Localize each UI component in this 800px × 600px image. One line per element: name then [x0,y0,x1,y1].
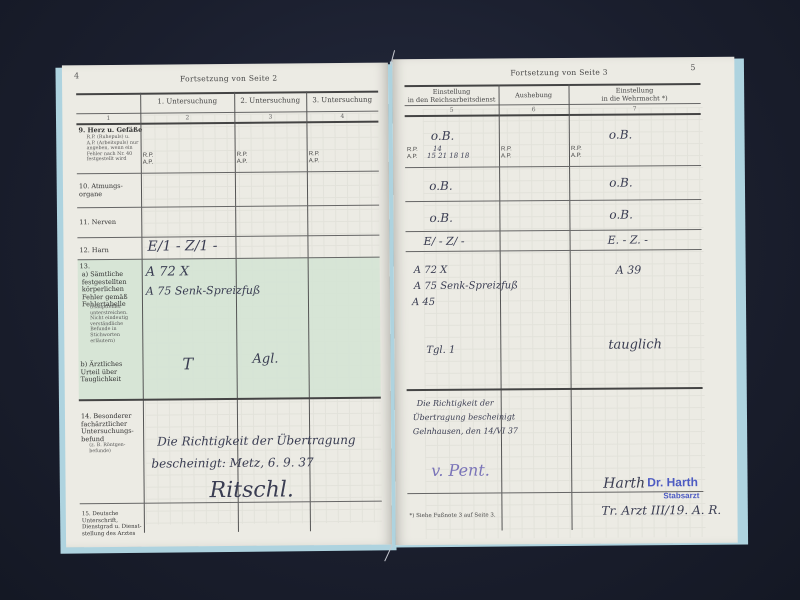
column-number-6: 6 [499,106,569,113]
entry-row13a-col5-line1: A 72 X [414,265,448,276]
handwritten-certification-line1: Die Richtigkeit der Übertragung [157,433,356,449]
column-header-wehrmacht: Einstellung in die Wehrmacht *) [569,86,701,103]
row-label-10: 10. Atmungs-organe [79,183,139,199]
entry-row10-col7: o.B. [609,176,633,190]
stamp-dr-harth: Dr. Harth [647,475,698,489]
row-label-15: 15. Deutsche Unterschrift, Dienstgrad u.… [82,511,144,538]
column-header-2-untersuchung: 2. Untersuchung [234,96,306,105]
column-header-3-untersuchung: 3. Untersuchung [306,96,378,105]
entry-row13a-col5-line3: A 45 [412,297,435,308]
row-13a-label: a) Sämtliche festgestellten körperlichen… [82,271,140,309]
entry-row13a-col7: A 39 [616,263,642,276]
page-number-right: 5 [690,63,695,72]
handwritten-13a-line2: A 75 Senk-Spreizfuß [146,284,261,298]
footnote: *) Siehe Fußnote 3 auf Seite 3. [409,512,495,519]
rp-ap-col6: R.P.A.P. [501,146,512,160]
row-label-14: 14. Besonderer fachärztlicher Untersuchu… [81,413,143,444]
column-header-aushebung: Aushebung [499,91,569,99]
rp-label-col3: R.P.A.P. [237,152,248,166]
entry-row11-col7: o.B. [609,208,633,222]
handwritten-13a-line1: A 72 X [146,264,190,279]
handwritten-13b-col3: Agl. [252,352,278,367]
rp-label-col2: R.P.A.P. [143,153,154,167]
column-number-4: 4 [306,113,378,121]
entry-row10-col5: o.B. [429,179,453,193]
row-label-9: 9. Herz u. Gefäße [78,127,142,135]
signature-ritschl: Ritschl. [210,477,294,503]
signature-col5-purple: v. Pent. [431,461,490,480]
column-number-7: 7 [569,105,701,113]
row-13b-label: b) Ärztliches Urteil über Tauglichkeit [80,361,142,384]
entry-row9-col7: o.B. [609,128,633,142]
page-title-left: Fortsetzung von Seite 2 [180,74,278,84]
row-label-12: 12. Harn [79,247,108,255]
rp-label-col4: R.P.A.P. [309,151,320,165]
entry-row13b-col5: Tgl. 1 [426,345,455,356]
entry-row14-col5-line2: Übertragung bescheinigt [413,412,515,422]
handwritten-certification-line2: bescheinigt: Metz, 6. 9. 37 [151,455,313,470]
column-header-reichsarbeitsdienst: Einstellung in den Reichsarbeitsdienst [405,87,499,104]
row-13a-note: (Hauptfehler unterstreichen. Nicht einde… [90,305,142,345]
rp-ap-col7: R.P.A.P. [571,146,582,160]
entry-row14-col5-line3: Gelnhausen, den 14/VI 37 [413,426,518,436]
entry-row9-col5: o.B. [431,129,455,143]
entry-unit-designation: Tr. Arzt III/19. A. R. [601,503,721,518]
page-title-right: Fortsetzung von Seite 3 [510,68,608,78]
column-number-3: 3 [234,113,306,121]
column-number-2: 2 [140,114,234,122]
entry-row11-col5: o.B. [429,211,453,225]
column-header-1-untersuchung: 1. Untersuchung [140,97,234,106]
entry-row13b-col7: tauglich [608,337,662,352]
page-number-left: 4 [74,71,79,80]
header-top-rule [76,91,378,96]
entry-row13a-col5-line2: A 75 Senk-Spreizfuß [414,280,518,292]
row-label-11: 11. Nerven [79,219,116,227]
entry-row14-col5-line1: Die Richtigkeit der [417,399,494,409]
entry-row9-ap-value: 15 21 18 18 [427,152,469,160]
left-page: 4 Fortsetzung von Seite 2 1. Untersuchun… [62,63,392,548]
row-sublabel-14: (z. B. Röntgen-befunde) [89,443,141,455]
stamp-stabsarzt: Stabsarzt [663,491,699,500]
rp-ap-col5: R.P.A.P. [407,147,418,161]
column-number-1: 1 [76,115,140,123]
handwritten-13b-col2: T [182,354,193,373]
entry-row12-col7: E. - Z. - [608,233,648,246]
column-number-5: 5 [405,106,499,114]
entry-row12-col5: E/ - Z/ - [424,235,465,248]
signature-harth: Harth [603,475,645,491]
row-sublabel-9: R.P. (Ruhepuls) u. A.P. (Arbeitspuls) nu… [87,135,139,163]
right-page: 5 Fortsetzung von Seite 3 Einstellung in… [392,57,737,545]
handwritten-harn-1: E/1 - Z/1 - [147,238,217,255]
